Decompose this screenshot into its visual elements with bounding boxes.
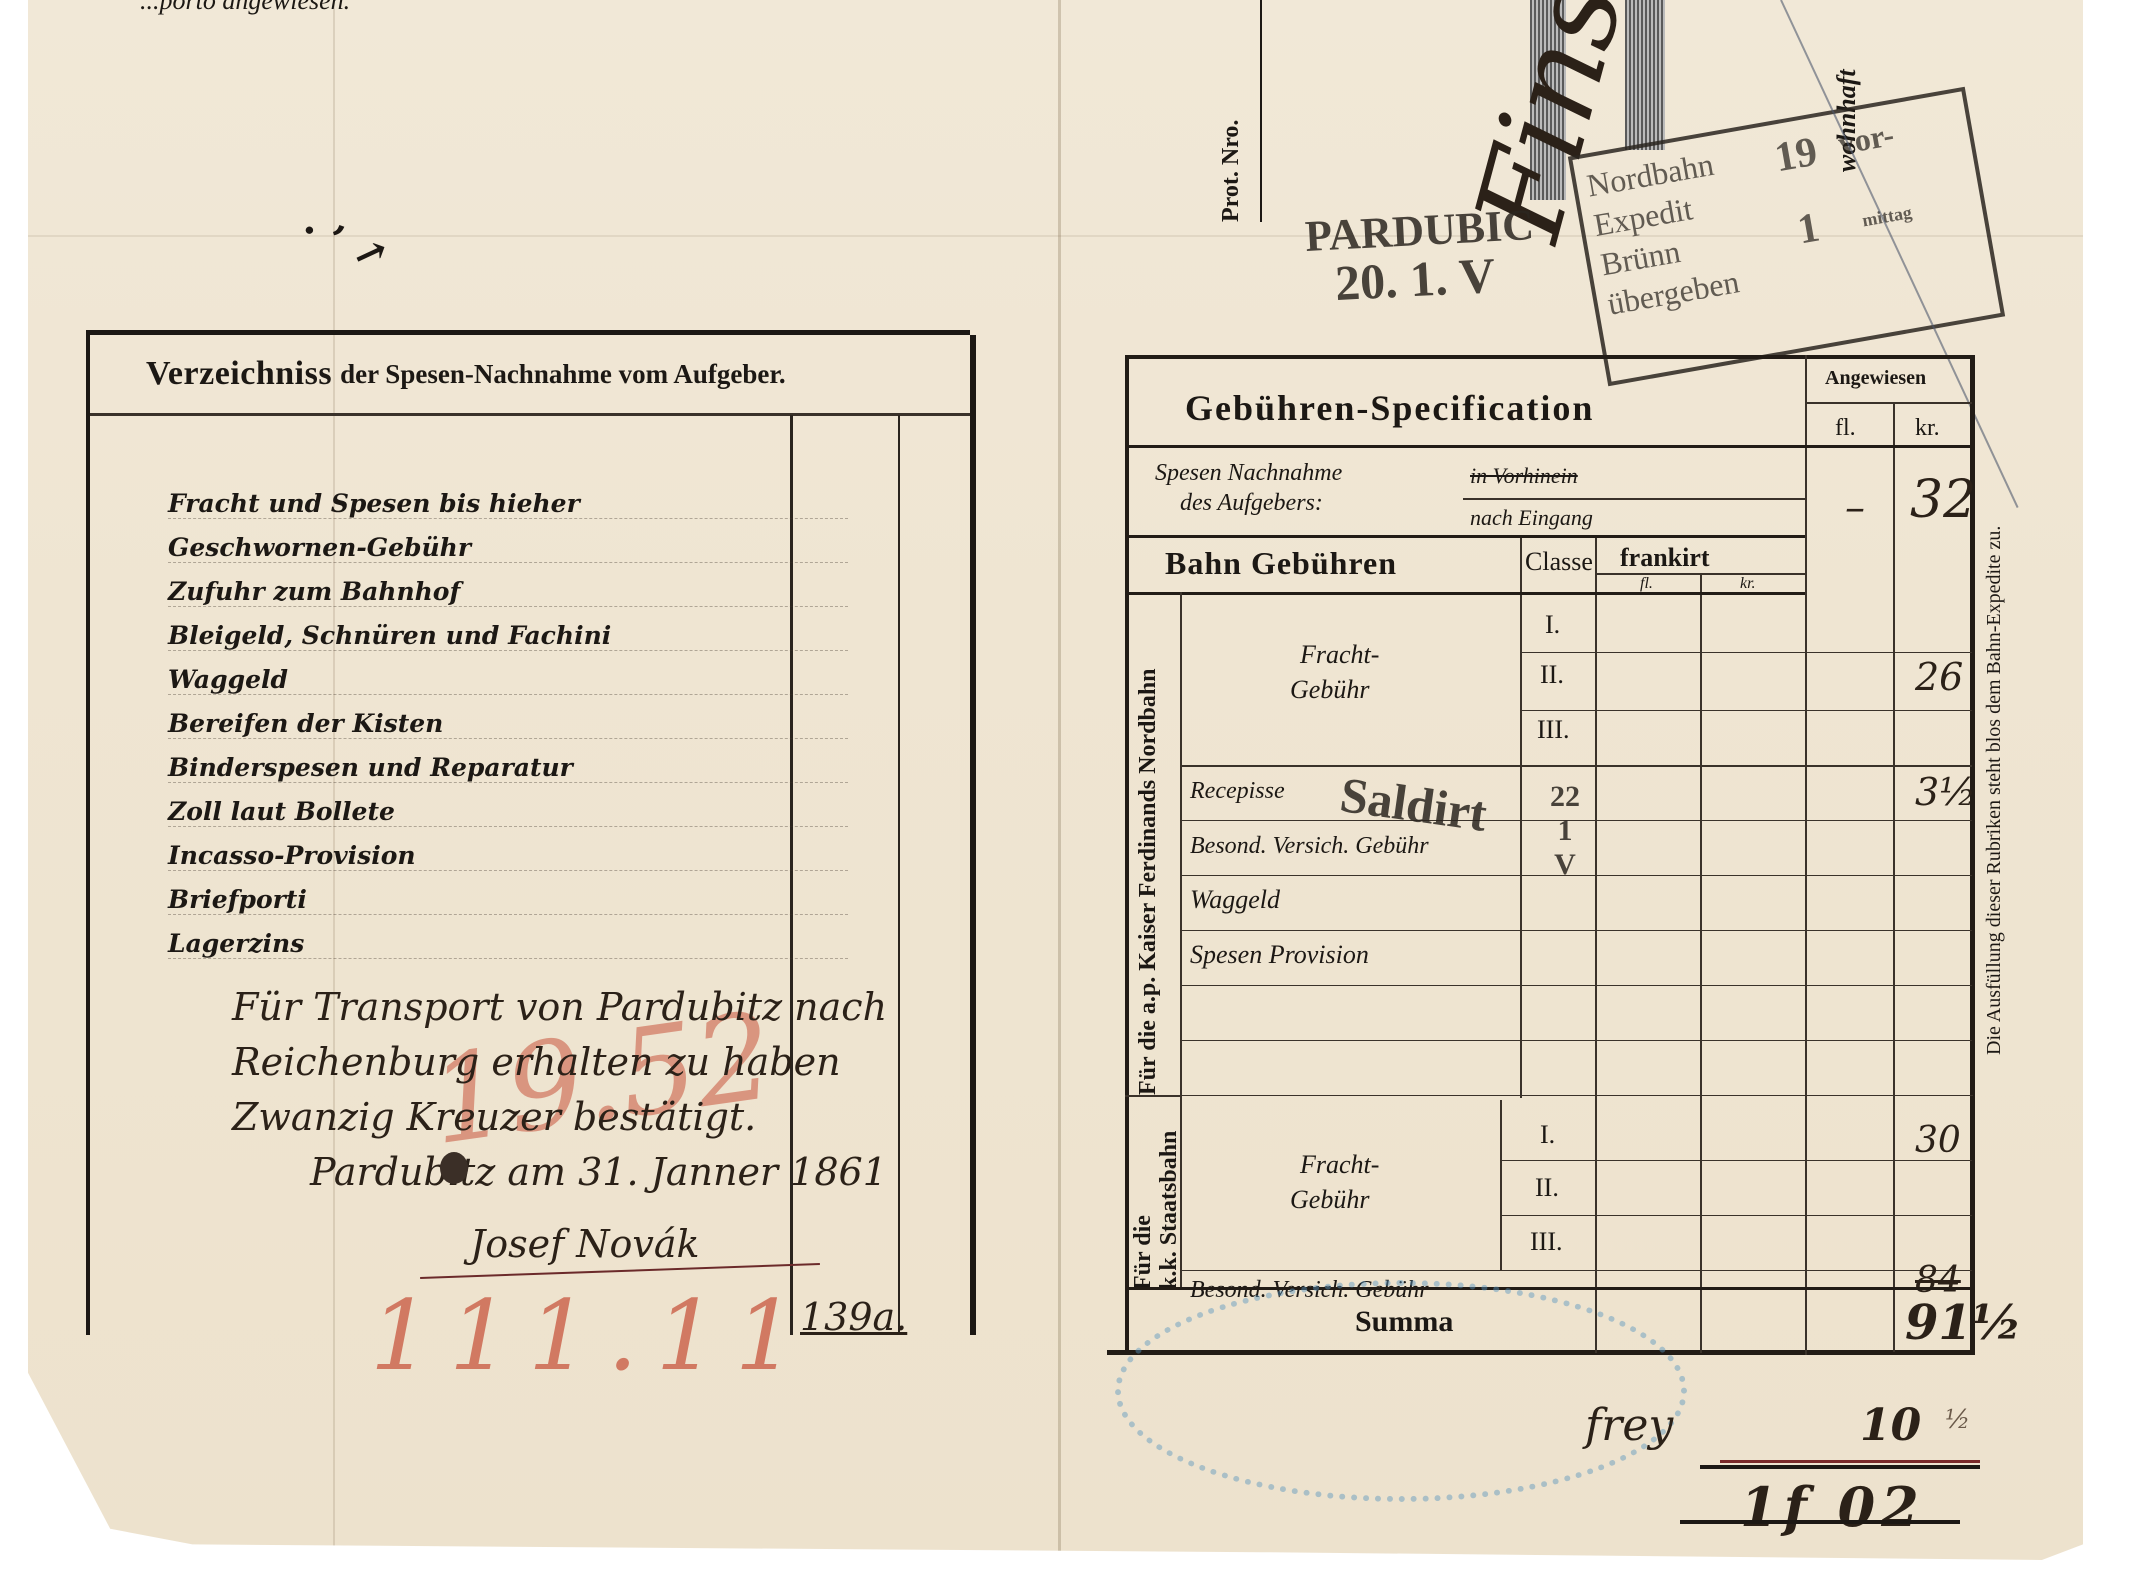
total-amount: 1f 02 [1740, 1475, 1925, 1539]
spesen-label-2: des Aufgebers: [1180, 490, 1323, 517]
bahn-gebuehren-header: Bahn Gebühren [1165, 545, 1397, 582]
option-divider [1463, 498, 1805, 500]
fee-items-list: Fracht und Spesen bis hieher Geschwornen… [168, 475, 848, 959]
spesen-label-1: Spesen Nachnahme [1155, 460, 1342, 487]
row-line [1522, 652, 1972, 653]
frankirt-fl-kr-divider [1700, 573, 1702, 1353]
staats-fracht-1: Fracht- [1300, 1150, 1379, 1180]
stamp-month: 1 [1794, 204, 1823, 255]
sum-line [1700, 1465, 1980, 1469]
handwritten-line-3: Zwanzig Kreuzer bestätigt. [232, 1095, 756, 1139]
left-table-title: Verzeichniss der Spesen-Nachnahme vom Au… [90, 335, 970, 416]
red-crayon-lower: 111.11 [370, 1280, 814, 1392]
frankirt-kr: kr. [1740, 575, 1756, 593]
nordbahn-class-II: II. [1540, 660, 1564, 690]
frankirt-header: frankirt [1620, 543, 1710, 573]
list-item: Briefporti [168, 871, 848, 915]
title-rest: der Spesen-Nachnahme vom Aufgeber. [340, 359, 786, 390]
staats-class-II: II. [1535, 1173, 1559, 1203]
row-spesen-provision: Spesen Provision [1190, 940, 1369, 970]
form-title: Gebühren-Specification [1185, 387, 1594, 429]
angewiesen-subline [1807, 402, 1972, 404]
row-line [1182, 985, 1972, 986]
saldirt-date: 22 1 V [1550, 780, 1580, 882]
option-in-vorhinein[interactable]: in Vorhinein [1470, 463, 1578, 489]
angewiesen-divider [1805, 355, 1807, 1355]
stamp-day: 19 [1771, 128, 1821, 183]
title-divider [1125, 445, 1973, 448]
pardubic-stamp-line2: 20. 1. V [1334, 246, 1497, 312]
row-besond-versich: Besond. Versich. Gebühr [1190, 833, 1429, 860]
column-divider-kr [898, 415, 900, 1335]
frankirt-fl: fl. [1640, 575, 1653, 593]
red-sum-line [1720, 1460, 1980, 1463]
nordbahn-fracht-1: Fracht- [1300, 640, 1379, 670]
prot-nro-line [1260, 0, 1262, 222]
center-fold [1058, 0, 1061, 1560]
handwritten-line-2: Reichenburg erhalten zu haben [232, 1040, 841, 1084]
spesen-divider [1125, 535, 1805, 538]
nordbahn-class-I: I. [1545, 610, 1560, 640]
list-item: Binderspesen und Reparatur [168, 739, 848, 783]
handwritten-place-date: Pardubitz am 31. Janner 1861 [310, 1150, 887, 1194]
list-item: Waggeld [168, 651, 848, 695]
row-line [1502, 1160, 1972, 1161]
staats-fracht-2: Gebühr [1290, 1185, 1369, 1215]
bahn-header-divider [1125, 592, 1805, 595]
list-item: Fracht und Spesen bis hieher [168, 475, 848, 519]
signature: Josef Novák [470, 1222, 700, 1266]
gebuehren-specification-form: Gebühren-Specification Angewiesen fl. kr… [1125, 355, 1975, 1355]
spesen-fl-value: – [1845, 485, 1865, 531]
top-print-fragment: ...porto angewiesen. [140, 0, 350, 16]
row-waggeld: Waggeld [1190, 885, 1280, 915]
nordbahn-class-II-kr: 26 [1915, 655, 1963, 699]
list-item: Bleigeld, Schnüren und Fachini [168, 607, 848, 651]
row-line [1522, 710, 1972, 711]
staats-class-I-kr: 30 [1915, 1120, 1961, 1161]
angewiesen-header: Angewiesen [1825, 367, 1926, 390]
list-item: Zoll laut Bollete [168, 783, 848, 827]
angewiesen-kr-header: kr. [1915, 415, 1940, 442]
row-line [1182, 1040, 1972, 1041]
row-line [1182, 1270, 1972, 1271]
staats-class-I: I. [1540, 1120, 1555, 1150]
stamp-text-block: Nordbahn Expedit Brünn übergeben [1584, 143, 1742, 324]
list-item: Geschwornen-Gebühr [168, 519, 848, 563]
summa-divider [1125, 1287, 1973, 1290]
form-top-border [1125, 355, 1973, 359]
total-underline [1680, 1520, 1960, 1524]
row-recepisse: Recepisse [1190, 778, 1285, 805]
row-line [1502, 1215, 1972, 1216]
calc-line-2-frac: ½ [1945, 1405, 1970, 1435]
classe-divider-right [1595, 538, 1597, 1353]
list-item: Lagerzins [168, 915, 848, 959]
frey-label: frey [1585, 1400, 1673, 1451]
list-item: Zufuhr zum Bahnhof [168, 563, 848, 607]
nordbahn-vertical-label: Für die a.p. Kaiser Ferdinands Nordbahn [1135, 668, 1162, 1095]
list-item: Bereifen der Kisten [168, 695, 848, 739]
classe-divider-left [1520, 538, 1522, 1098]
spesen-kr-value: 32 [1910, 470, 1976, 530]
list-item: Incasso-Provision [168, 827, 848, 871]
saldirt-stamp: Saldirt [1337, 765, 1491, 843]
side-note: Die Ausfüllung dieser Rubriken steht blo… [1983, 526, 2006, 1055]
blue-oval-stamp [1115, 1280, 1687, 1502]
nordbahn-class-III: III. [1537, 715, 1569, 745]
angewiesen-fl-header: fl. [1835, 415, 1856, 442]
classe-header: Classe [1525, 547, 1593, 577]
fl-kr-divider [1893, 402, 1895, 1352]
ink-blot [440, 1152, 468, 1184]
prot-nro-label: Prot. Nro. [1218, 120, 1245, 222]
staats-class-III: III. [1530, 1227, 1562, 1257]
staats-classe-divider [1500, 1100, 1502, 1270]
option-nach-eingang[interactable]: nach Eingang [1470, 505, 1593, 531]
handwritten-line-1: Für Transport von Pardubitz nach [232, 985, 887, 1029]
calc-line-2: 10 [1860, 1400, 1921, 1451]
row-line [1182, 930, 1972, 931]
reference-number: 139а. [800, 1295, 907, 1339]
recepisse-kr: 3½ [1915, 770, 1976, 814]
table-border-right [970, 335, 976, 1335]
nordbahn-fracht-2: Gebühr [1290, 675, 1369, 705]
title-verzeichniss: Verzeichniss [146, 355, 332, 393]
row-line [1182, 765, 1972, 767]
summa-kr: 91½ [1905, 1295, 2022, 1351]
staatsbahn-vertical-label: Für die k.k. Staatsbahn [1130, 1131, 1182, 1290]
form-left-border [1125, 355, 1129, 1355]
row-line [1125, 1095, 1973, 1096]
